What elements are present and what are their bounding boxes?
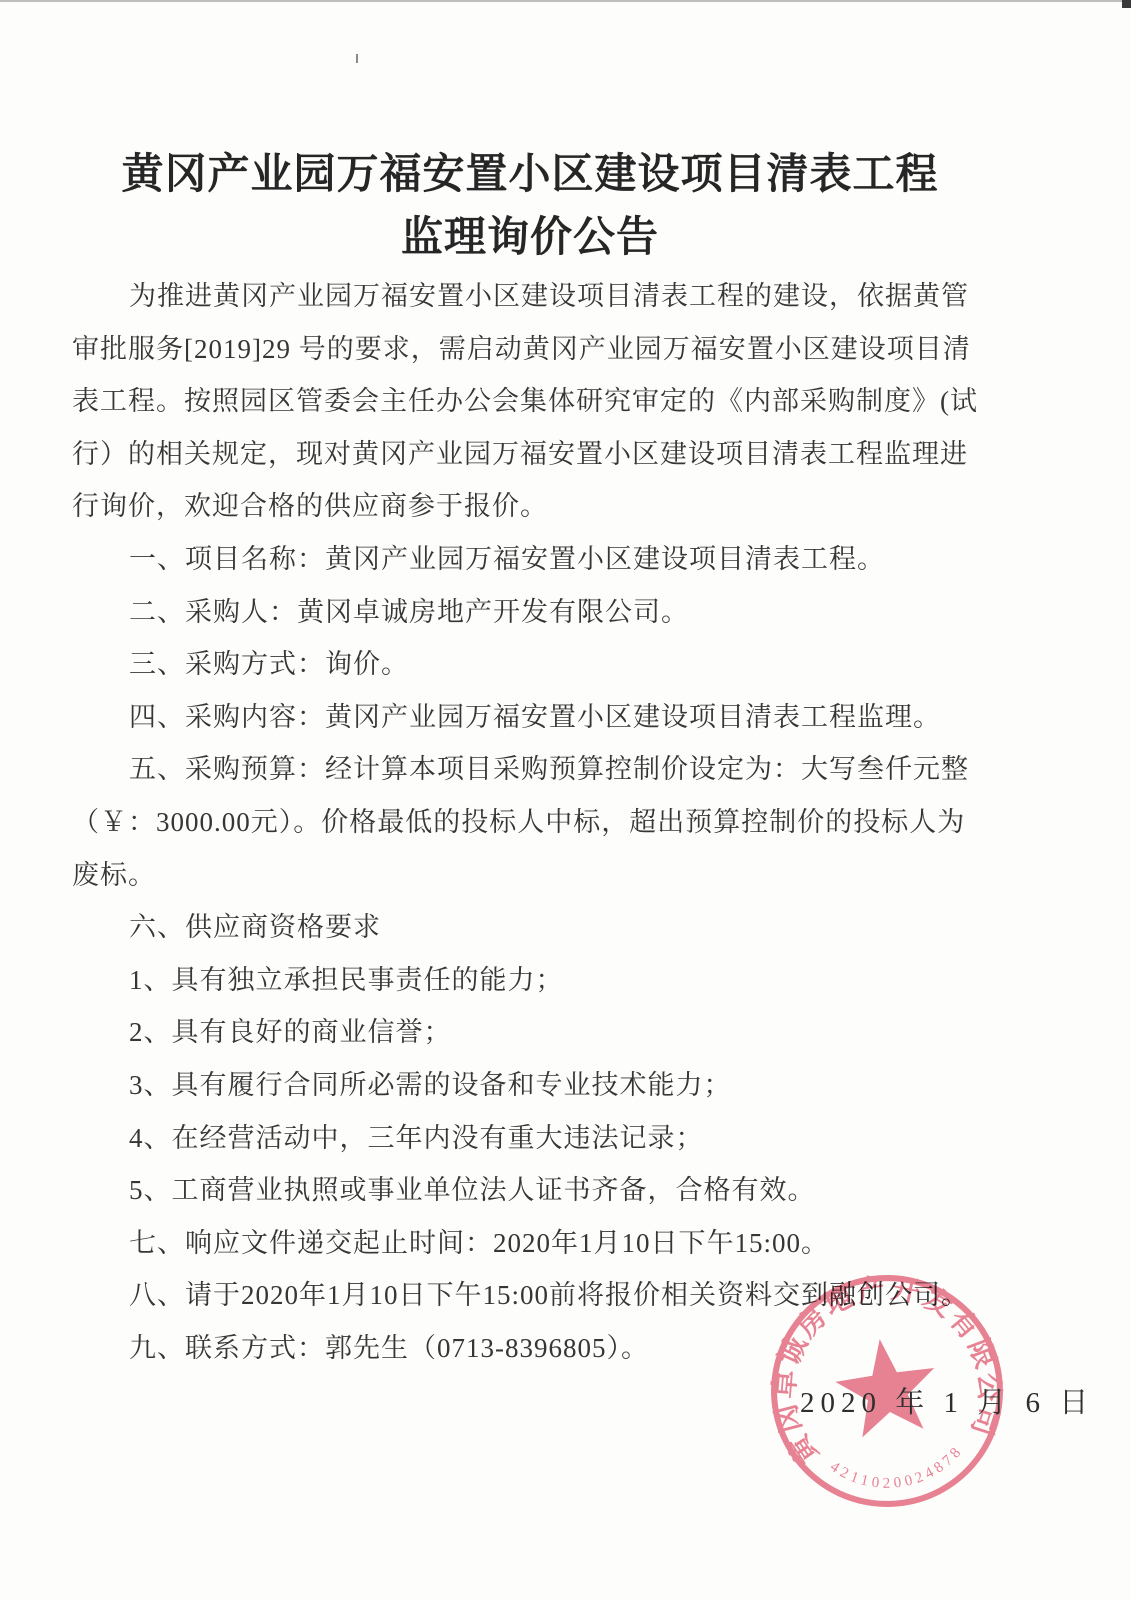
body-line-req-4: 4、在经营活动中，三年内没有重大违法记录； xyxy=(72,1112,988,1165)
body-line-item-1: 一、项目名称：黄冈产业园万福安置小区建设项目清表工程。 xyxy=(72,533,988,586)
document-body: 为推进黄冈产业园万福安置小区建设项目清表工程的建设，依据黄管 审批服务[2019… xyxy=(72,270,988,1374)
body-line-req-3: 3、具有履行合同所必需的设备和专业技术能力； xyxy=(72,1059,988,1112)
scan-speck-artifact xyxy=(356,54,358,63)
title-line-1: 黄冈产业园万福安置小区建设项目清表工程 xyxy=(70,144,990,207)
body-line: 为推进黄冈产业园万福安置小区建设项目清表工程的建设，依据黄管 xyxy=(72,270,988,323)
scan-edge-artifact xyxy=(0,0,1131,2)
body-line: 行）的相关规定，现对黄冈产业园万福安置小区建设项目清表工程监理进 xyxy=(72,428,988,481)
body-line-item-4: 四、采购内容：黄冈产业园万福安置小区建设项目清表工程监理。 xyxy=(72,691,988,744)
signature-date: 2020 年 1 月 6 日 xyxy=(800,1380,1094,1421)
body-line: 审批服务[2019]29 号的要求，需启动黄冈产业园万福安置小区建设项目清 xyxy=(72,323,988,376)
svg-text:4211020024878: 4211020024878 xyxy=(825,1441,970,1501)
body-line-item-2: 二、采购人：黄冈卓诚房地产开发有限公司。 xyxy=(72,586,988,639)
body-line-item-6: 六、供应商资格要求 xyxy=(72,901,988,954)
body-line-req-2: 2、具有良好的商业信誉； xyxy=(72,1006,988,1059)
body-line-req-5: 5、工商营业执照或事业单位法人证书齐备，合格有效。 xyxy=(72,1164,988,1217)
body-line-item-3: 三、采购方式：询价。 xyxy=(72,638,988,691)
body-line-item-5: 五、采购预算：经计算本项目采购预算控制价设定为：大写叁仟元整 xyxy=(72,743,988,796)
document-title: 黄冈产业园万福安置小区建设项目清表工程 监理询价公告 xyxy=(70,144,990,270)
body-line: 行询价，欢迎合格的供应商参于报价。 xyxy=(72,480,988,533)
body-line: 表工程。按照园区管委会主任办公会集体研究审定的《内部采购制度》(试 xyxy=(72,375,988,428)
scan-corner-artifact xyxy=(1122,0,1131,8)
title-line-2: 监理询价公告 xyxy=(70,207,990,270)
body-line-req-1: 1、具有独立承担民事责任的能力； xyxy=(72,954,988,1007)
seal-registration-number: 4211020024878 xyxy=(825,1441,970,1501)
body-line: 废标。 xyxy=(72,849,988,902)
body-line: （￥：3000.00元）。价格最低的投标人中标，超出预算控制价的投标人为 xyxy=(72,796,988,849)
body-line-item-7: 七、响应文件递交起止时间：2020年1月10日下午15:00。 xyxy=(72,1217,988,1270)
scanned-document-page: 黄冈产业园万福安置小区建设项目清表工程 监理询价公告 为推进黄冈产业园万福安置小… xyxy=(0,0,1131,1600)
